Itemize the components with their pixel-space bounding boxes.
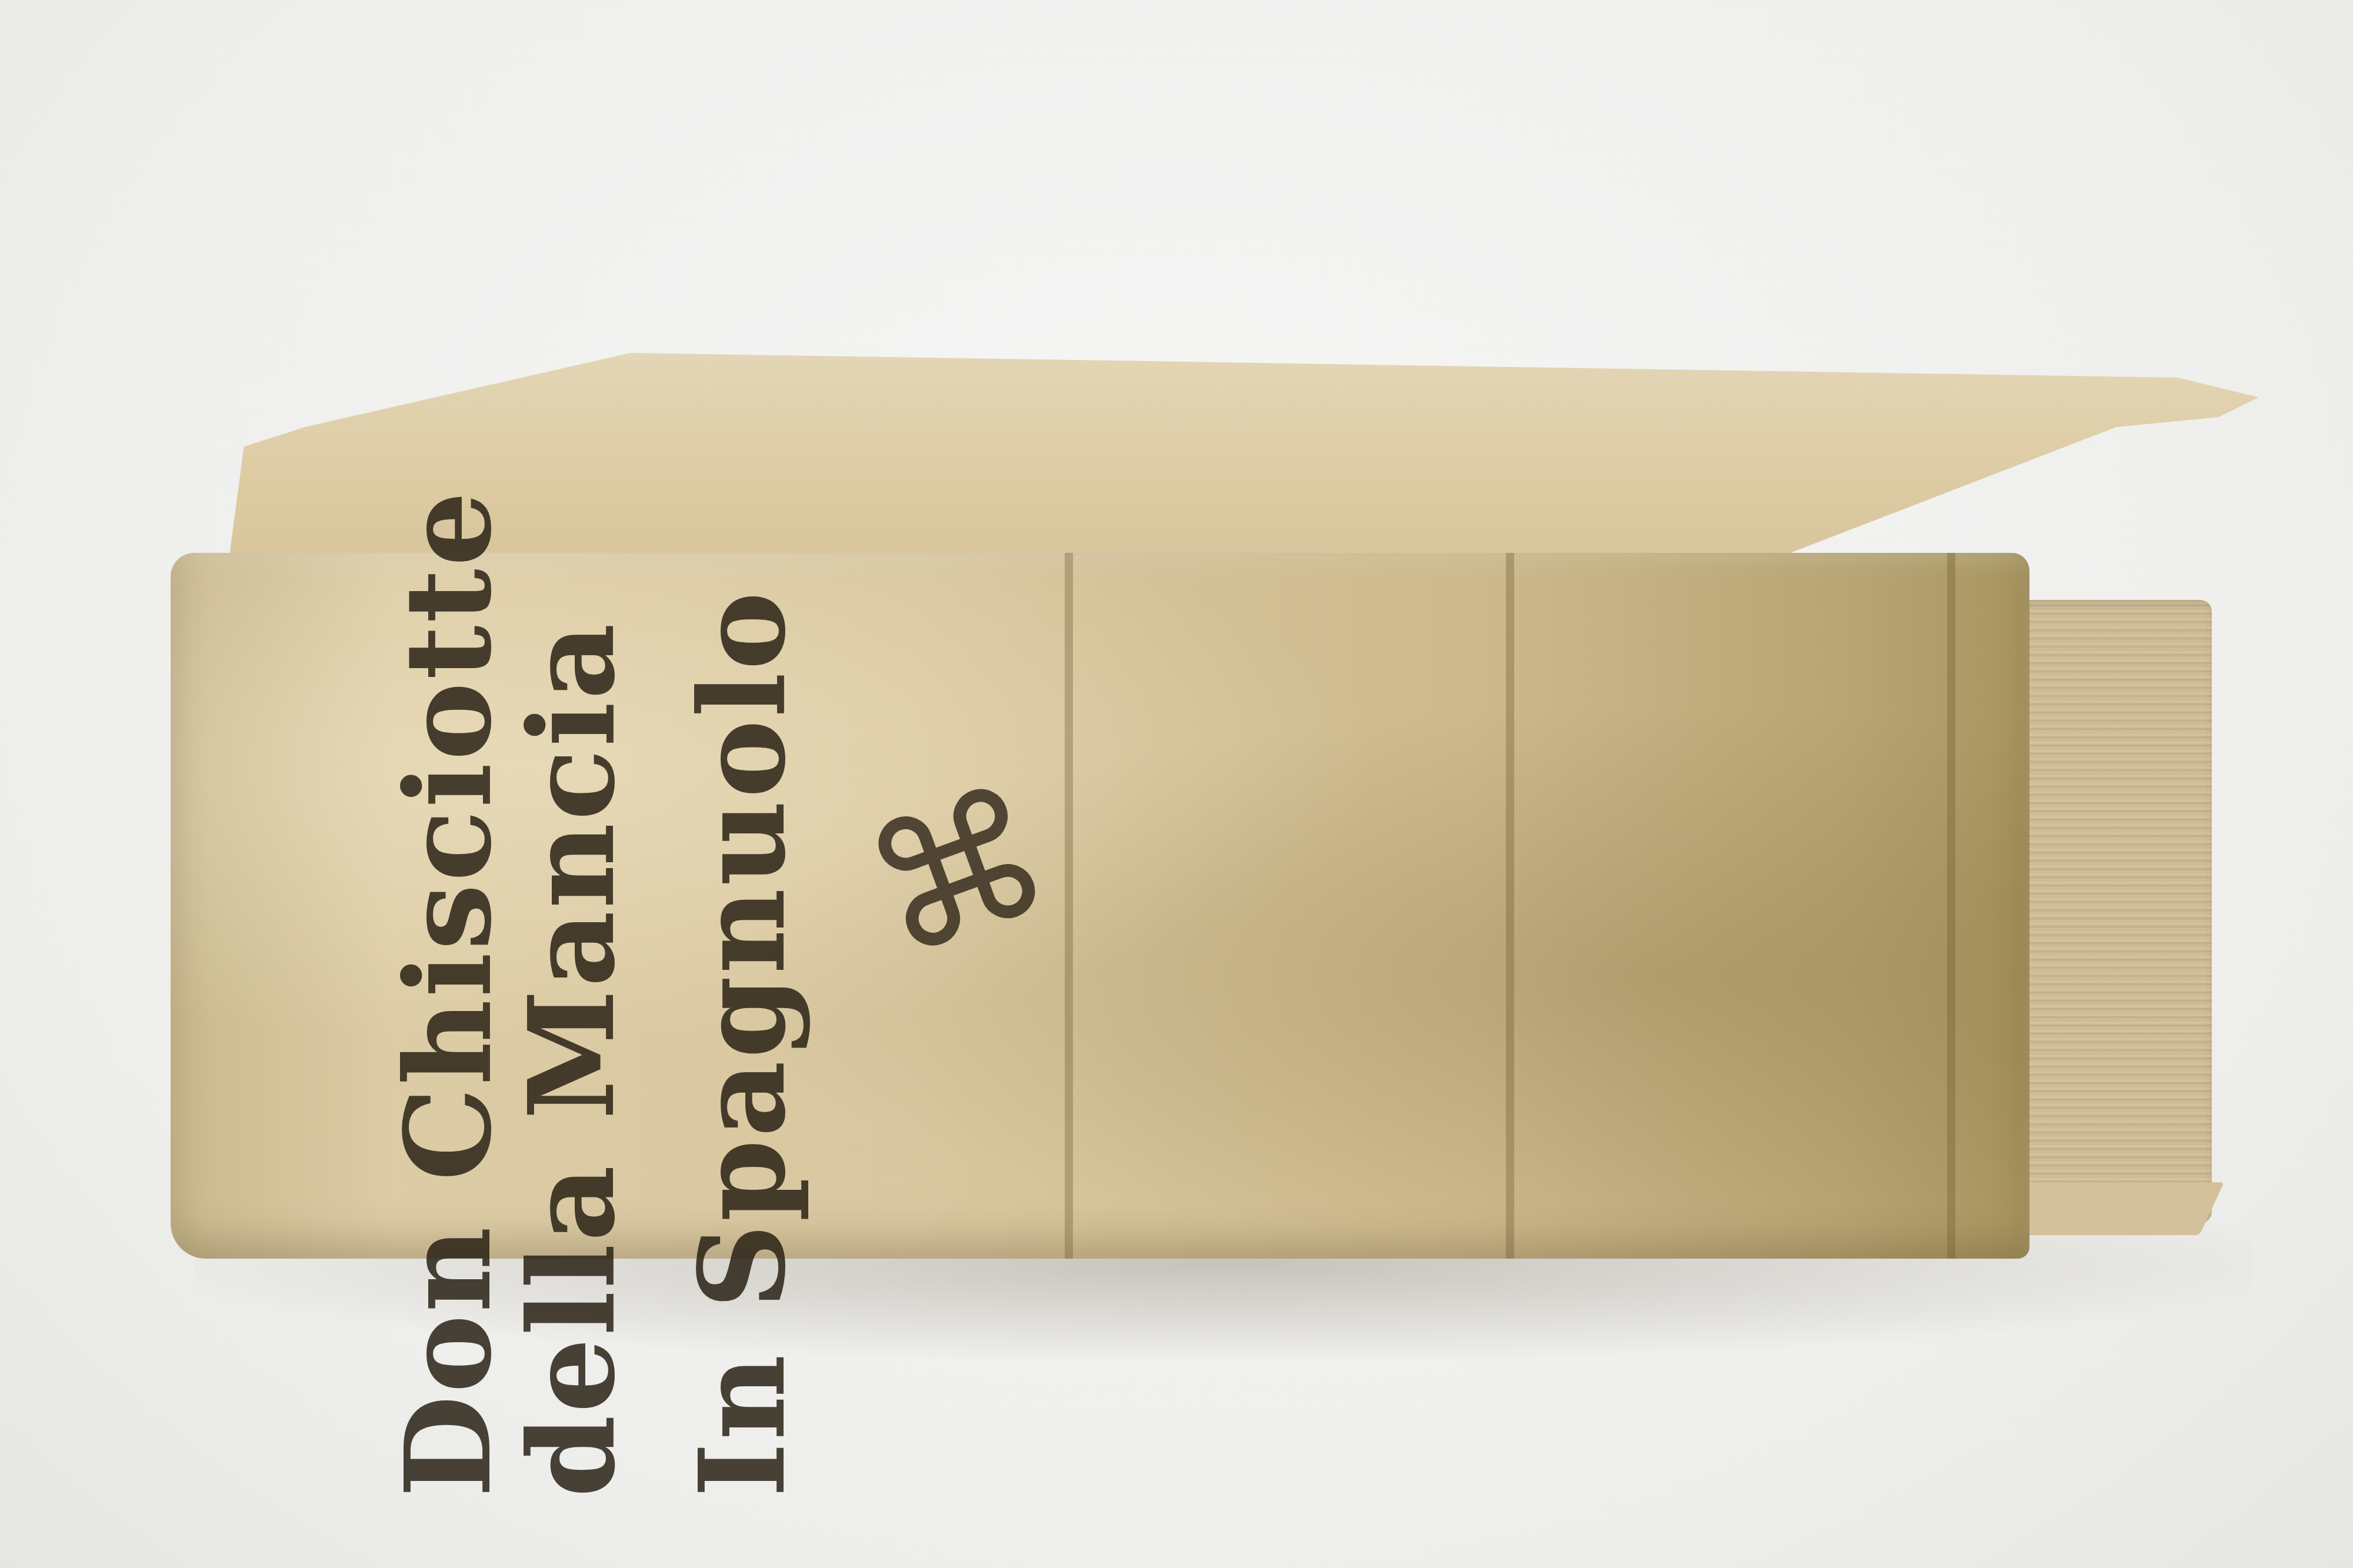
- spine-title-line-3: In Spagnuolo: [674, 589, 812, 1497]
- spine-raised-band: [1506, 553, 1514, 1259]
- spine-raised-band: [1947, 553, 1955, 1259]
- spine-raised-band: [1065, 553, 1073, 1259]
- photo-scene: Don Chisciotte della Mancia In Spagnuolo…: [0, 0, 2353, 1568]
- spine-title-line-1: Don Chisciotte: [379, 489, 518, 1497]
- spine-title-line-2: della Mancia: [503, 621, 641, 1497]
- book-page-edges: [2000, 600, 2212, 1223]
